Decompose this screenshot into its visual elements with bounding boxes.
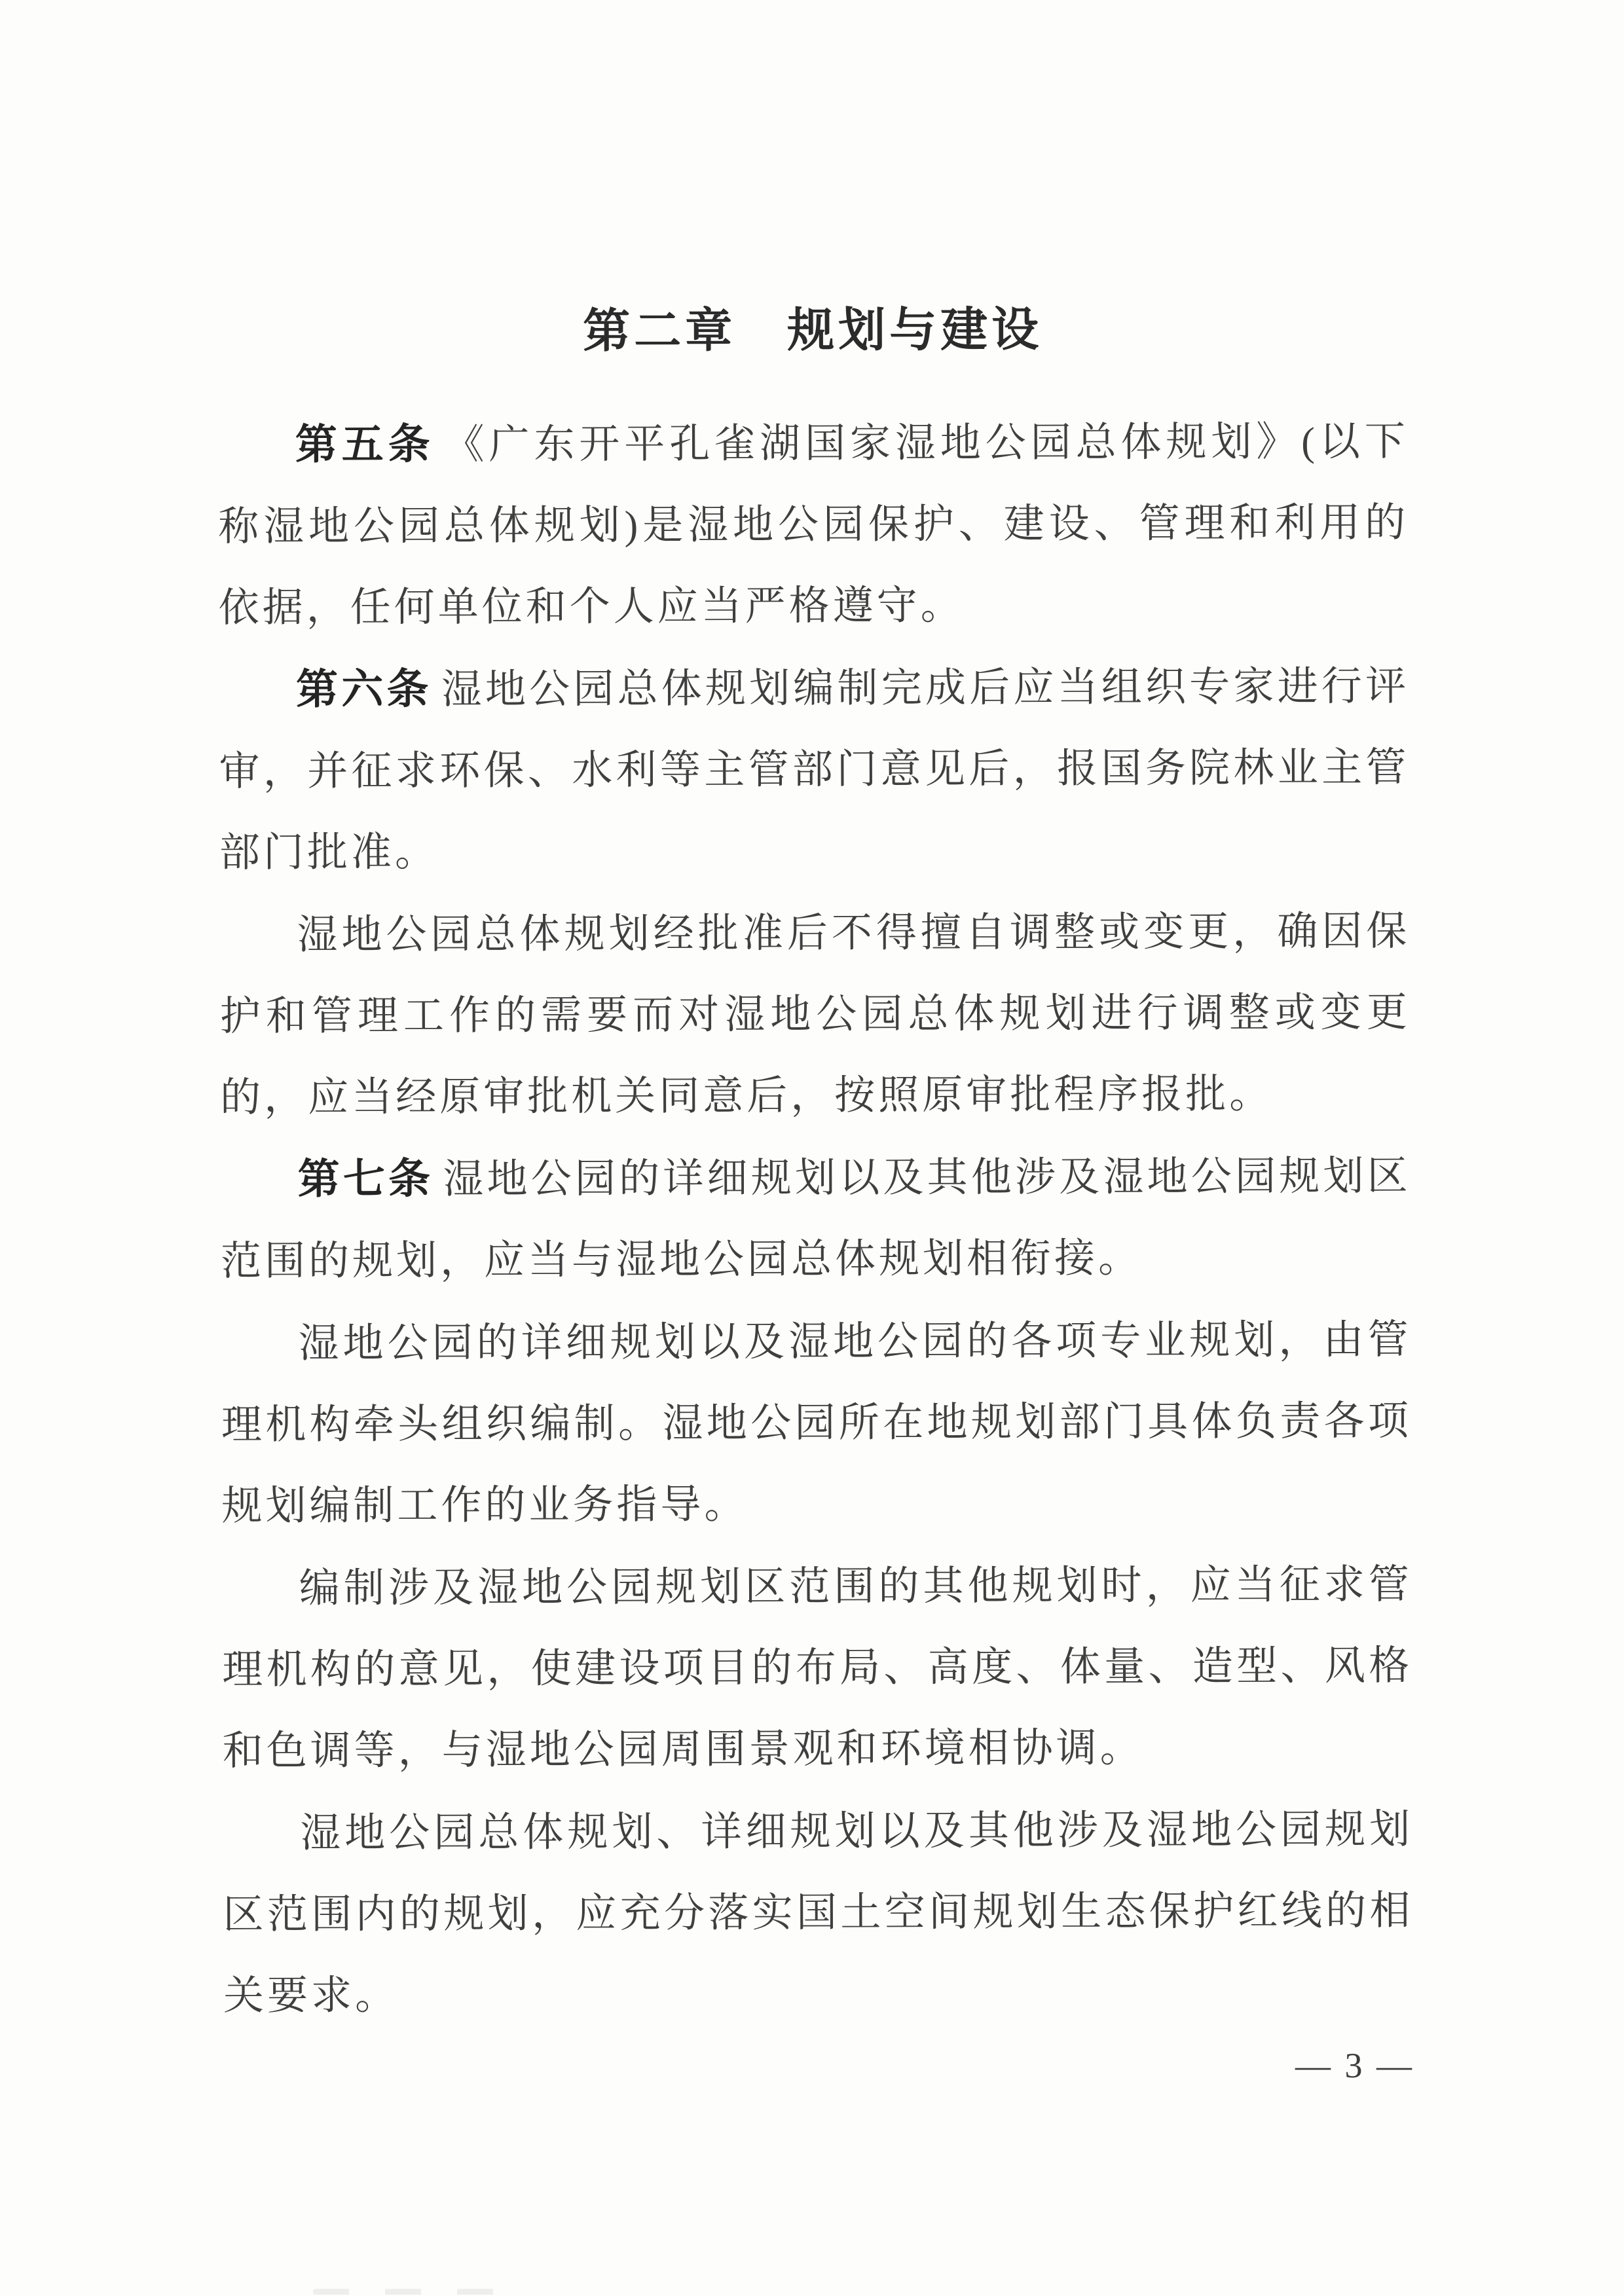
paragraph-article-6-cont: 湿地公园总体规划经批准后不得擅自调整或变更，确因保护和管理工作的需要而对湿地公园… xyxy=(219,890,1411,1139)
paragraph-article-7: 第七条湿地公园的详细规划以及其他涉及湿地公园规划区范围的规划，应当与湿地公园总体… xyxy=(220,1135,1411,1302)
page-number: — 3 — xyxy=(1295,2045,1414,2086)
paragraph-article-7-cont-1: 湿地公园的详细规划以及湿地公园的各项专业规划，由管理机构牵头组织编制。湿地公园所… xyxy=(221,1298,1412,1547)
article-number: 第五条 xyxy=(295,420,435,468)
document-page: 第二章 规划与建设 第五条《广东开平孔雀湖国家湿地公园总体规划》(以下称湿地公园… xyxy=(0,0,1624,2296)
paragraph-text: 湿地公园总体规划经批准后不得擅自调整或变更，确因保护和管理工作的需要而对湿地公园… xyxy=(220,909,1411,1120)
article-number: 第六条 xyxy=(296,665,432,713)
paragraph-text: 湿地公园的详细规划以及湿地公园的各项专业规划，由管理机构牵头组织编制。湿地公园所… xyxy=(221,1318,1412,1529)
chapter-title: 第二章 规划与建设 xyxy=(217,301,1408,361)
scan-artifact xyxy=(313,2289,529,2295)
paragraph-article-7-cont-3: 湿地公园总体规划、详细规划以及其他涉及湿地公园规划区范围内的规划，应充分落实国土… xyxy=(223,1788,1414,2037)
paragraph-article-7-cont-2: 编制涉及湿地公园规划区范围的其他规划时，应当征求管理机构的意见，使建设项目的布局… xyxy=(222,1543,1413,1792)
paragraph-text: 编制涉及湿地公园规划区范围的其他规划时，应当征求管理机构的意见，使建设项目的布局… xyxy=(222,1563,1412,1774)
paragraph-article-5: 第五条《广东开平孔雀湖国家湿地公园总体规划》(以下称湿地公园总体规划)是湿地公园… xyxy=(218,400,1409,649)
paragraph-text: 湿地公园总体规划、详细规划以及其他涉及湿地公园规划区范围内的规划，应充分落实国土… xyxy=(223,1808,1413,2018)
paragraph-article-6: 第六条湿地公园总体规划编制完成后应当组织专家进行评审，并征求环保、水利等主管部门… xyxy=(219,645,1410,894)
article-number: 第七条 xyxy=(298,1155,434,1203)
document-content: 第二章 规划与建设 第五条《广东开平孔雀湖国家湿地公园总体规划》(以下称湿地公园… xyxy=(217,301,1414,2037)
